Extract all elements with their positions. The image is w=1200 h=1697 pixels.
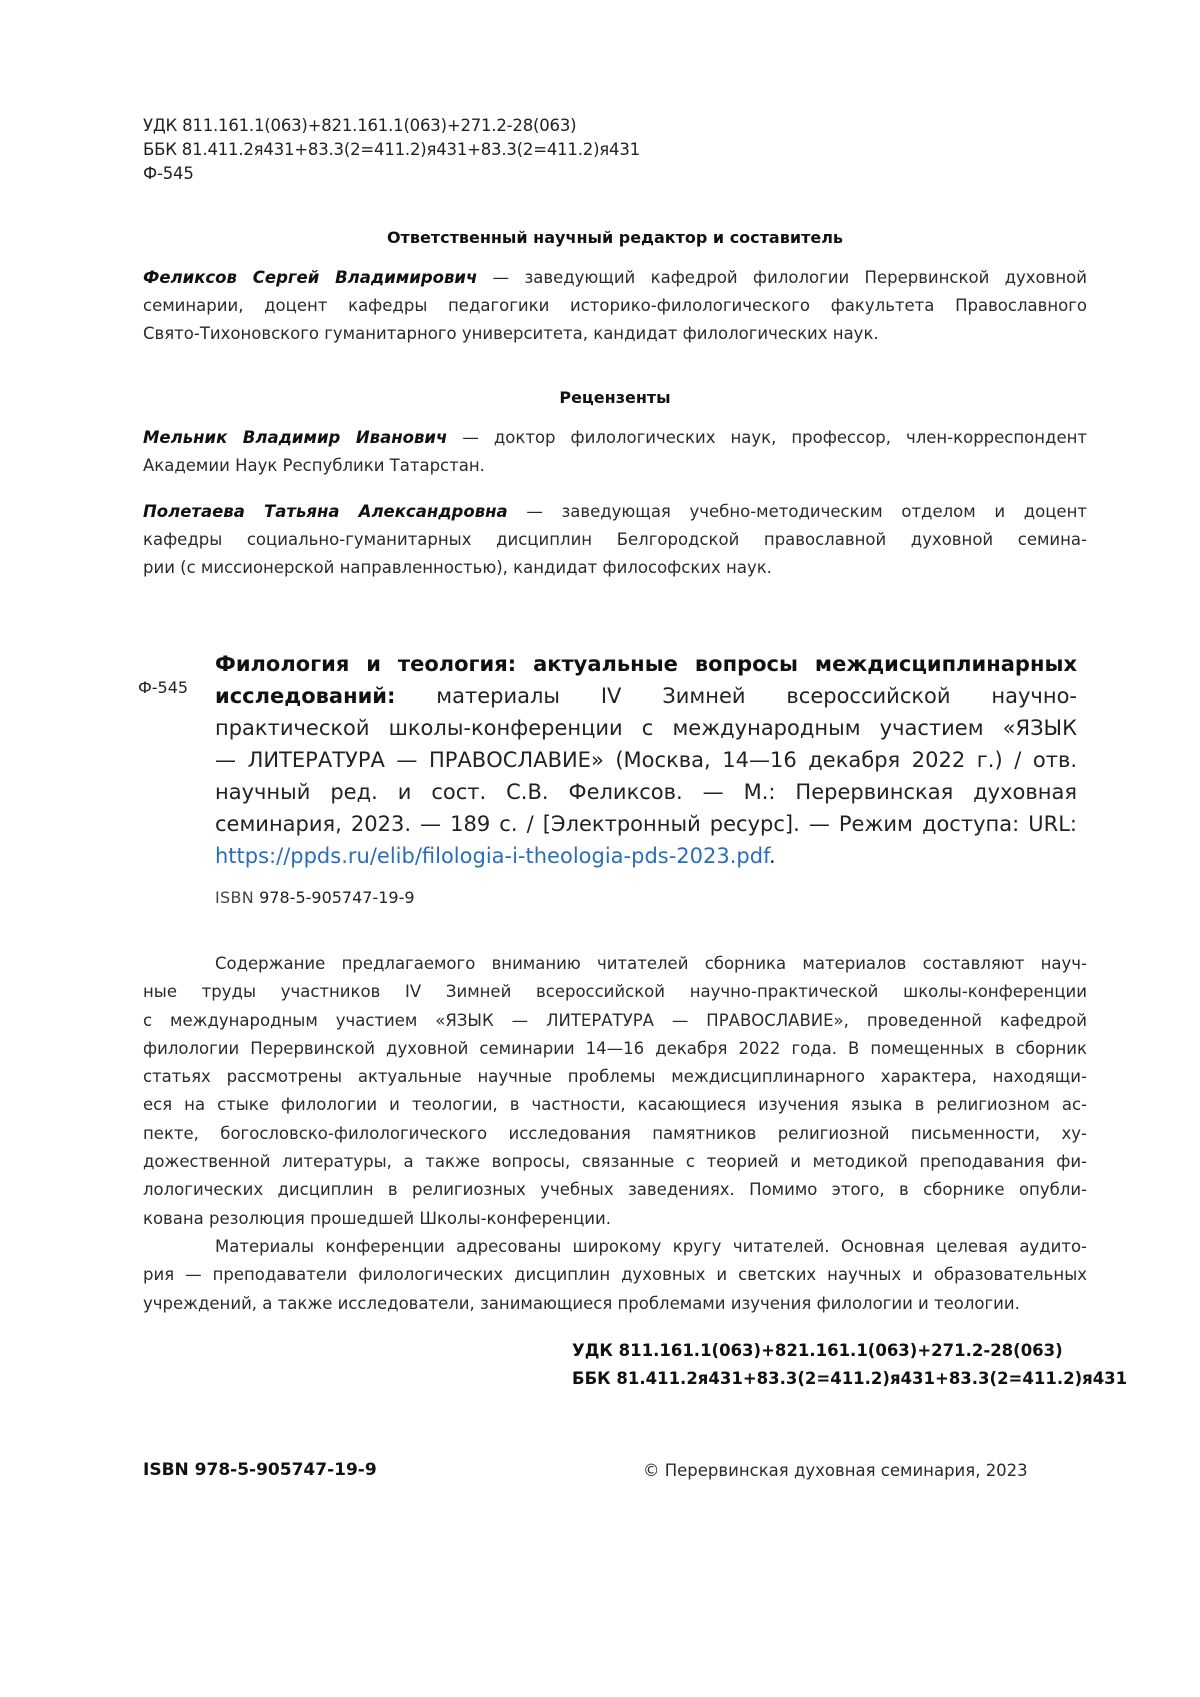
footer-isbn: ISBN 978-5-905747-19-9: [143, 1460, 377, 1480]
footer-udk-code: УДК 811.161.1(063)+821.161.1(063)+271.2-…: [572, 1337, 1127, 1365]
footer-bbk-code: ББК 81.411.2я431+83.3(2=411.2)я431+83.3(…: [572, 1365, 1127, 1393]
classification-codes: УДК 811.161.1(063)+821.161.1(063)+271.2-…: [143, 114, 640, 186]
reviewer-name: Мельник Владимир Иванович: [143, 428, 447, 447]
udk-code: УДК 811.161.1(063)+821.161.1(063)+271.2-…: [143, 114, 640, 138]
imprint-page: УДК 811.161.1(063)+821.161.1(063)+271.2-…: [0, 0, 1200, 1697]
reviewer-paragraph: Мельник Владимир Иванович — доктор филол…: [143, 424, 1087, 480]
bib-isbn: ISBN 978-5-905747-19-9: [215, 888, 415, 907]
editor-name: Феликсов Сергей Владимирович: [143, 268, 477, 287]
reviewers-heading: Рецензенты: [143, 388, 1087, 407]
book-title: Филология и теология: актуальные вопросы…: [215, 648, 1077, 680]
reviewer-paragraph: Полетаева Татьяна Александровна — заведу…: [143, 498, 1087, 582]
bibliographic-description: Филология и теология: актуальные вопросы…: [215, 648, 1077, 872]
editor-heading: Ответственный научный редактор и состави…: [143, 228, 1087, 247]
abstract: Содержание предлагаемого вниманию читате…: [143, 950, 1087, 1318]
footer-classification-codes: УДК 811.161.1(063)+821.161.1(063)+271.2-…: [572, 1337, 1127, 1393]
bbk-code: ББК 81.411.2я431+83.3(2=411.2)я431+83.3(…: [143, 138, 640, 162]
editor-paragraph: Феликсов Сергей Владимирович — заведующи…: [143, 264, 1087, 348]
copyright-notice: © Перервинская духовная семинария, 2023: [643, 1461, 1028, 1480]
reviewer-name: Полетаева Татьяна Александровна: [143, 502, 508, 521]
bib-author-mark: Ф-545: [138, 678, 188, 697]
access-url-link[interactable]: https://ppds.ru/elib/filologia-i-theolog…: [215, 844, 769, 868]
author-mark: Ф-545: [143, 162, 640, 186]
